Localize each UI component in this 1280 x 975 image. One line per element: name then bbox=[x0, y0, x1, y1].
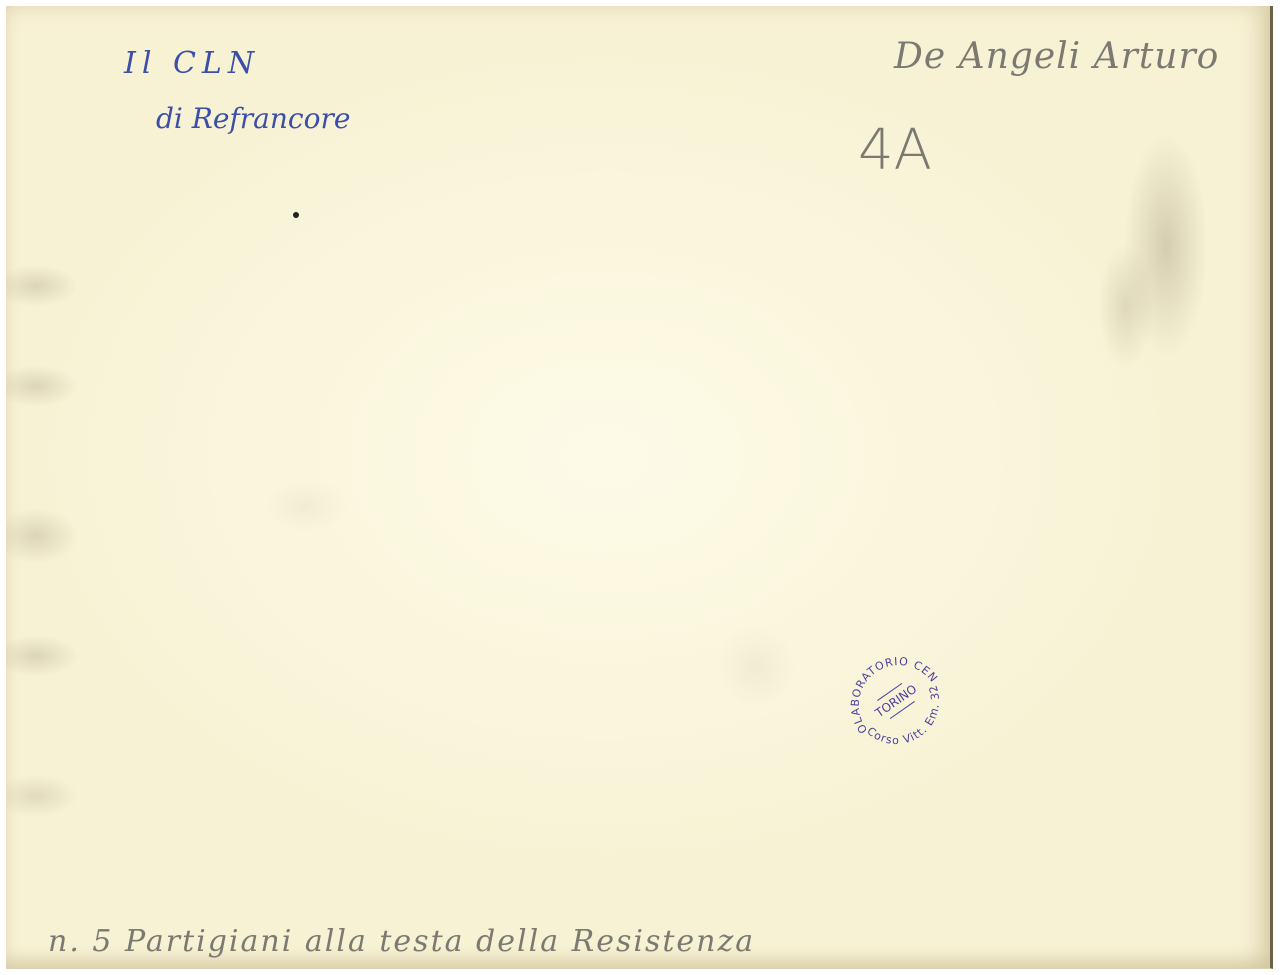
annotation-name: De Angeli Arturo bbox=[894, 36, 1219, 77]
annotation-cln: Il CLN bbox=[124, 46, 260, 81]
annotation-code: 4A bbox=[858, 118, 932, 183]
photo-back-paper: Il CLN di Refrancore De Angeli Arturo 4A… bbox=[6, 6, 1273, 969]
ink-dot bbox=[293, 212, 299, 218]
photo-lab-stamp: FOTOLABORATORIO CENTRO Corso Vitt. Em. 3… bbox=[841, 646, 951, 756]
annotation-caption: n. 5 Partigiani alla testa della Resiste… bbox=[48, 924, 755, 959]
annotation-refrancore: di Refrancore bbox=[156, 102, 350, 135]
